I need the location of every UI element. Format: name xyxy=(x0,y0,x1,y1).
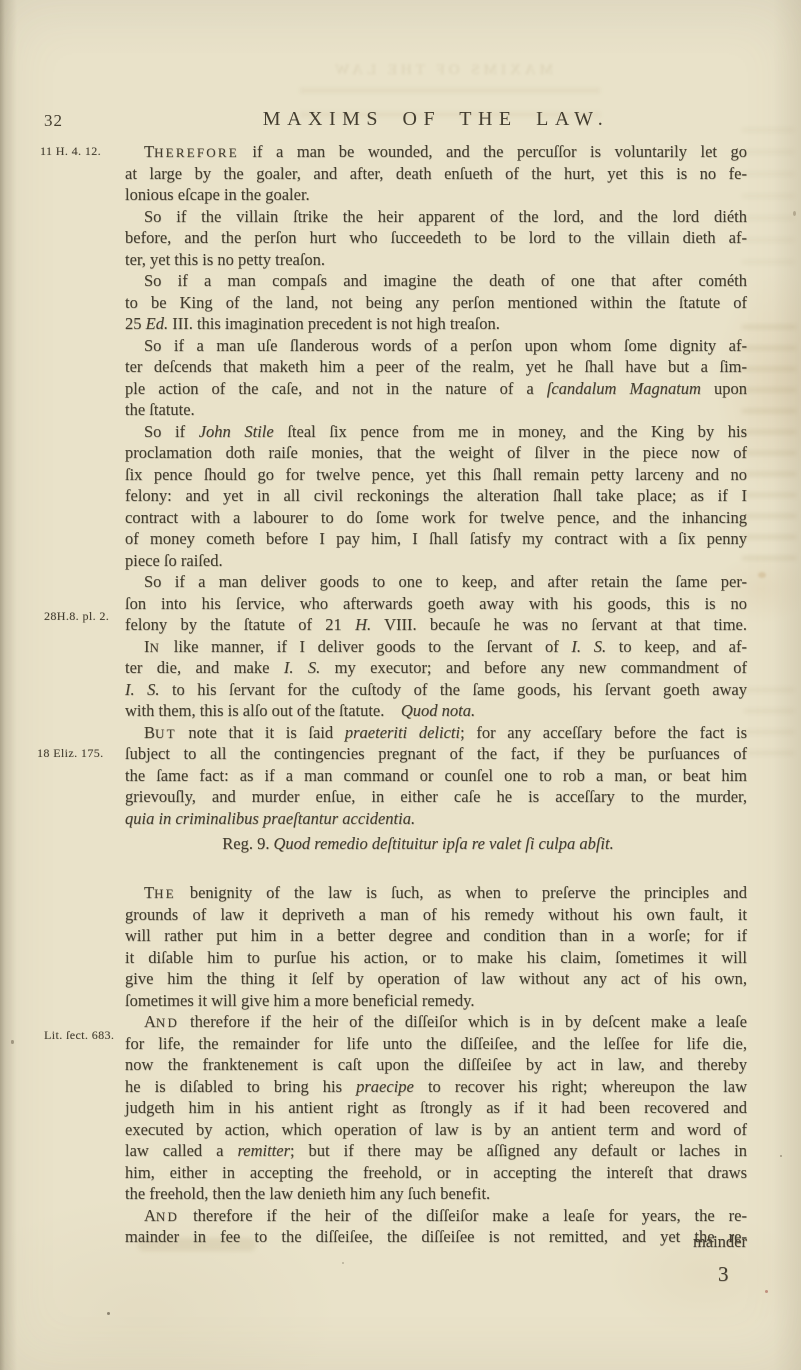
text-line: ſon into his ſervice, who afterwards goe… xyxy=(125,593,747,615)
text-line: for life, the remainder for life unto th… xyxy=(125,1033,747,1055)
italic-text: John Stile xyxy=(199,422,274,441)
text-line: ſix pence ſhould go for twelve pence, ye… xyxy=(125,464,747,486)
text-line: So if John Stile ſteal ſix pence from me… xyxy=(125,421,747,443)
text-line: So if a man compaſs and imagine the deat… xyxy=(125,270,747,292)
running-header: MAXIMS OF THE LAW. xyxy=(125,108,747,131)
text-line: grievouſly, and murder enſue, in either … xyxy=(125,786,747,808)
body-text: III. this imagination precedent is not h… xyxy=(168,314,500,333)
body-text: T xyxy=(144,883,154,902)
paper-speck xyxy=(765,1290,768,1293)
italic-text: Ed. xyxy=(146,314,168,333)
body-text: now the franktenement is caſt upon the d… xyxy=(125,1055,747,1074)
smallcaps-text: HE xyxy=(154,886,176,901)
body-text: therefore if the heir of the diſſeiſor m… xyxy=(179,1206,747,1225)
body-text: contract with a labourer to do ſome work… xyxy=(125,508,747,527)
scanned-book-page: MAXIMS OF THE LAW 32 MAXIMS OF THE LAW. … xyxy=(0,0,801,1370)
body-text: ſon into his ſervice, who afterwards goe… xyxy=(125,594,747,613)
italic-text: praeteriti delicti xyxy=(345,723,460,742)
body-text: of money cometh before I pay him, I ſhal… xyxy=(125,529,747,548)
text-line: AND therefore if the heir of the diſſeiſ… xyxy=(125,1011,747,1033)
body-text: grievouſly, and murder enſue, in either … xyxy=(125,787,747,806)
text-line: before, and the perſon hurt who ſucceede… xyxy=(125,227,747,249)
maxim-heading-latin: Quod remedio deſtituitur ipſa re valet ſ… xyxy=(274,834,614,853)
smallcaps-text: UT xyxy=(155,726,177,741)
body-text: he is diſabled to bring his xyxy=(125,1077,356,1096)
body-text: So if a man uſe ſlanderous words of a pe… xyxy=(144,336,747,355)
catchword: mainder xyxy=(125,1231,747,1253)
body-text: if a man be wounded, and the percuſſor i… xyxy=(239,142,747,161)
smallcaps-text: ND xyxy=(156,1209,179,1224)
body-text: the freehold, then the law denieth him a… xyxy=(125,1184,490,1203)
margin-note-citation: 11 H. 4. 12. xyxy=(40,144,101,159)
body-text: felony: and yet in all civil reckonings … xyxy=(125,486,747,505)
body-text: to be King of the land, not being any pe… xyxy=(125,293,747,312)
text-line: AND therefore if the heir of the diſſeiſ… xyxy=(125,1205,747,1227)
text-line: 25 Ed. III. this imagination precedent i… xyxy=(125,313,747,335)
text-line: give him the thing it ſelf by operation … xyxy=(125,968,747,990)
body-text: will rather put him in a better degree a… xyxy=(125,926,747,945)
bleedthrough-smudge xyxy=(744,688,794,766)
text-line: it diſable him to purſue his action, or … xyxy=(125,947,747,969)
body-text: the ſtatute. xyxy=(125,400,195,419)
body-text: to his ſervant for the cuſtody of the ſa… xyxy=(159,680,747,699)
body-text: ſubject to all the contingencies pregnan… xyxy=(125,744,747,763)
text-line: to be King of the land, not being any pe… xyxy=(125,292,747,314)
smallcaps-text: HEREFORE xyxy=(154,145,239,160)
paper-speck xyxy=(11,1040,14,1044)
bleedthrough-text: MAXIMS OF THE LAW xyxy=(262,62,622,79)
body-text: ple action of the caſe, and not in the n… xyxy=(125,379,547,398)
text-line: THE benignity of the law is ſuch, as whe… xyxy=(125,882,747,904)
paper-speck xyxy=(780,1155,782,1157)
body-text: to recover his right; whereupon the law xyxy=(414,1077,747,1096)
body-text: So if a man compaſs and imagine the deat… xyxy=(144,271,747,290)
body-text: piece ſo raiſed. xyxy=(125,551,223,570)
body-text: A xyxy=(144,1012,156,1031)
text-line: the ſame fact: as if a man command or co… xyxy=(125,765,747,787)
text-block-upper: THEREFORE if a man be wounded, and the p… xyxy=(125,141,747,829)
text-line: lonious eſcape in the goaler. xyxy=(125,184,747,206)
bleedthrough-smudge xyxy=(742,325,796,563)
text-line: law called a remitter; but if there may … xyxy=(125,1140,747,1162)
text-line: now the franktenement is caſt upon the d… xyxy=(125,1054,747,1076)
text-line: of money cometh before I pay him, I ſhal… xyxy=(125,528,747,550)
body-text: proclamation doth raiſe monies, that the… xyxy=(125,443,747,462)
margin-note-citation: 18 Eliz. 175. xyxy=(37,746,104,761)
maxim-heading-label: Reg. 9. xyxy=(222,834,269,853)
page-number: 32 xyxy=(44,111,63,131)
text-line: THEREFORE if a man be wounded, and the p… xyxy=(125,141,747,163)
body-text: give him the thing it ſelf by operation … xyxy=(125,969,747,988)
text-line: BUT note that it is ſaid praeteriti deli… xyxy=(125,722,747,744)
italic-text: I. S. xyxy=(125,680,159,699)
body-text: to keep, and af- xyxy=(606,637,747,656)
body-text: benignity of the law is ſuch, as when to… xyxy=(176,883,747,902)
body-text: felony by the ſtatute of 21 xyxy=(125,615,355,634)
body-text: therefore if the heir of the diſſeiſor w… xyxy=(179,1012,747,1031)
body-text: VIII. becauſe he was no ſervant at that … xyxy=(371,615,747,634)
text-block-lower: THE benignity of the law is ſuch, as whe… xyxy=(125,882,747,1248)
body-text: the ſame fact: as if a man command or co… xyxy=(125,766,747,785)
body-text: So if a man deliver goods to one to keep… xyxy=(144,572,747,591)
margin-note-citation: Lit. ſect. 683. xyxy=(44,1028,114,1043)
body-text: it diſable him to purſue his action, or … xyxy=(125,948,747,967)
body-text: ter, yet this is no petty treaſon. xyxy=(125,250,325,269)
text-line: So if the villain ſtrike the heir appare… xyxy=(125,206,747,228)
paper-speck xyxy=(793,211,796,216)
text-line: felony: and yet in all civil reckonings … xyxy=(125,485,747,507)
italic-text: ſcandalum Magnatum xyxy=(547,379,701,398)
text-line: I. S. to his ſervant for the cuſtody of … xyxy=(125,679,747,701)
maxim-heading: Reg. 9.Quod remedio deſtituitur ipſa re … xyxy=(107,833,729,855)
body-text: ; for any acceſſary before the fact is xyxy=(460,723,747,742)
italic-text: Quod nota. xyxy=(401,701,475,720)
body-text: note that it is ſaid xyxy=(177,723,345,742)
text-line: So if a man deliver goods to one to keep… xyxy=(125,571,747,593)
text-line: ſubject to all the contingencies pregnan… xyxy=(125,743,747,765)
text-line: ter, yet this is no petty treaſon. xyxy=(125,249,747,271)
text-line: the ſtatute. xyxy=(125,399,747,421)
paper-speck xyxy=(107,1312,110,1315)
body-text: ter deſcends that maketh him a peer of t… xyxy=(125,357,747,376)
text-line: the freehold, then the law denieth him a… xyxy=(125,1183,747,1205)
text-line: ter die, and make I. S. my executor; and… xyxy=(125,657,747,679)
body-text: A xyxy=(144,1206,156,1225)
text-line: quia in criminalibus praeſtantur acciden… xyxy=(125,808,747,830)
signature-mark: 3 xyxy=(718,1262,729,1287)
text-line: with them, this is alſo out of the ſtatu… xyxy=(125,700,747,722)
text-line: he is diſabled to bring his praecipe to … xyxy=(125,1076,747,1098)
body-text: ſometimes it will give him a more benefi… xyxy=(125,991,474,1010)
text-line: will rather put him in a better degree a… xyxy=(125,925,747,947)
body-text: T xyxy=(144,142,154,161)
italic-text: I. S. xyxy=(284,658,320,677)
body-text: B xyxy=(144,723,155,742)
text-line: grounds of law it depriveth a man of his… xyxy=(125,904,747,926)
text-line: ter deſcends that maketh him a peer of t… xyxy=(125,356,747,378)
body-text: ſix pence ſhould go for twelve pence, ye… xyxy=(125,465,747,484)
bleedthrough-smudge xyxy=(742,128,794,278)
body-text: executed by action, which operation of l… xyxy=(125,1120,747,1139)
body-text: grounds of law it depriveth a man of his… xyxy=(125,905,747,924)
body-text: him, either in accepting the freehold, o… xyxy=(125,1163,747,1182)
body-text: with them, this is alſo out of the ſtatu… xyxy=(125,701,401,720)
body-text: upon xyxy=(701,379,747,398)
body-text: lonious eſcape in the goaler. xyxy=(125,185,310,204)
foxing-stain xyxy=(758,572,766,578)
body-text: ſteal ſix pence from me in money, and th… xyxy=(274,422,747,441)
text-line: felony by the ſtatute of 21 H. VIII. bec… xyxy=(125,614,747,636)
text-line: IN like manner, if I deliver goods to th… xyxy=(125,636,747,658)
paper-speck xyxy=(342,1262,344,1264)
text-line: piece ſo raiſed. xyxy=(125,550,747,572)
smallcaps-text: N xyxy=(150,640,162,655)
body-text: before, and the perſon hurt who ſucceede… xyxy=(125,228,747,247)
body-text: So if xyxy=(144,422,199,441)
body-text: for life, the remainder for life unto th… xyxy=(125,1034,747,1053)
text-line: ſometimes it will give him a more benefi… xyxy=(125,990,747,1012)
body-text: ter die, and make xyxy=(125,658,284,677)
margin-note-citation: 28H.8. pl. 2. xyxy=(44,609,109,624)
body-text: 25 xyxy=(125,314,146,333)
italic-text: quia in criminalibus praeſtantur acciden… xyxy=(125,809,415,828)
text-line: executed by action, which operation of l… xyxy=(125,1119,747,1141)
text-line: at large by the goaler, and after, death… xyxy=(125,163,747,185)
body-text: judgeth him in his antient right as ſtro… xyxy=(125,1098,747,1117)
text-line: proclamation doth raiſe monies, that the… xyxy=(125,442,747,464)
body-text: at large by the goaler, and after, death… xyxy=(125,164,747,183)
smallcaps-text: ND xyxy=(156,1015,179,1030)
body-text: ; but if there may be aſſigned any defau… xyxy=(290,1141,747,1160)
text-line: ple action of the caſe, and not in the n… xyxy=(125,378,747,400)
body-text: So if the villain ſtrike the heir appare… xyxy=(144,207,747,226)
italic-text: H. xyxy=(355,615,371,634)
body-text: my executor; and before any new commandm… xyxy=(320,658,747,677)
text-line: judgeth him in his antient right as ſtro… xyxy=(125,1097,747,1119)
text-line: him, either in accepting the freehold, o… xyxy=(125,1162,747,1184)
body-text: like manner, if I deliver goods to the ſ… xyxy=(161,637,571,656)
italic-text: I. S. xyxy=(571,637,606,656)
text-line: contract with a labourer to do ſome work… xyxy=(125,507,747,529)
text-line: So if a man uſe ſlanderous words of a pe… xyxy=(125,335,747,357)
italic-text: remitter xyxy=(237,1141,290,1160)
italic-text: praecipe xyxy=(356,1077,414,1096)
body-text: law called a xyxy=(125,1141,237,1160)
